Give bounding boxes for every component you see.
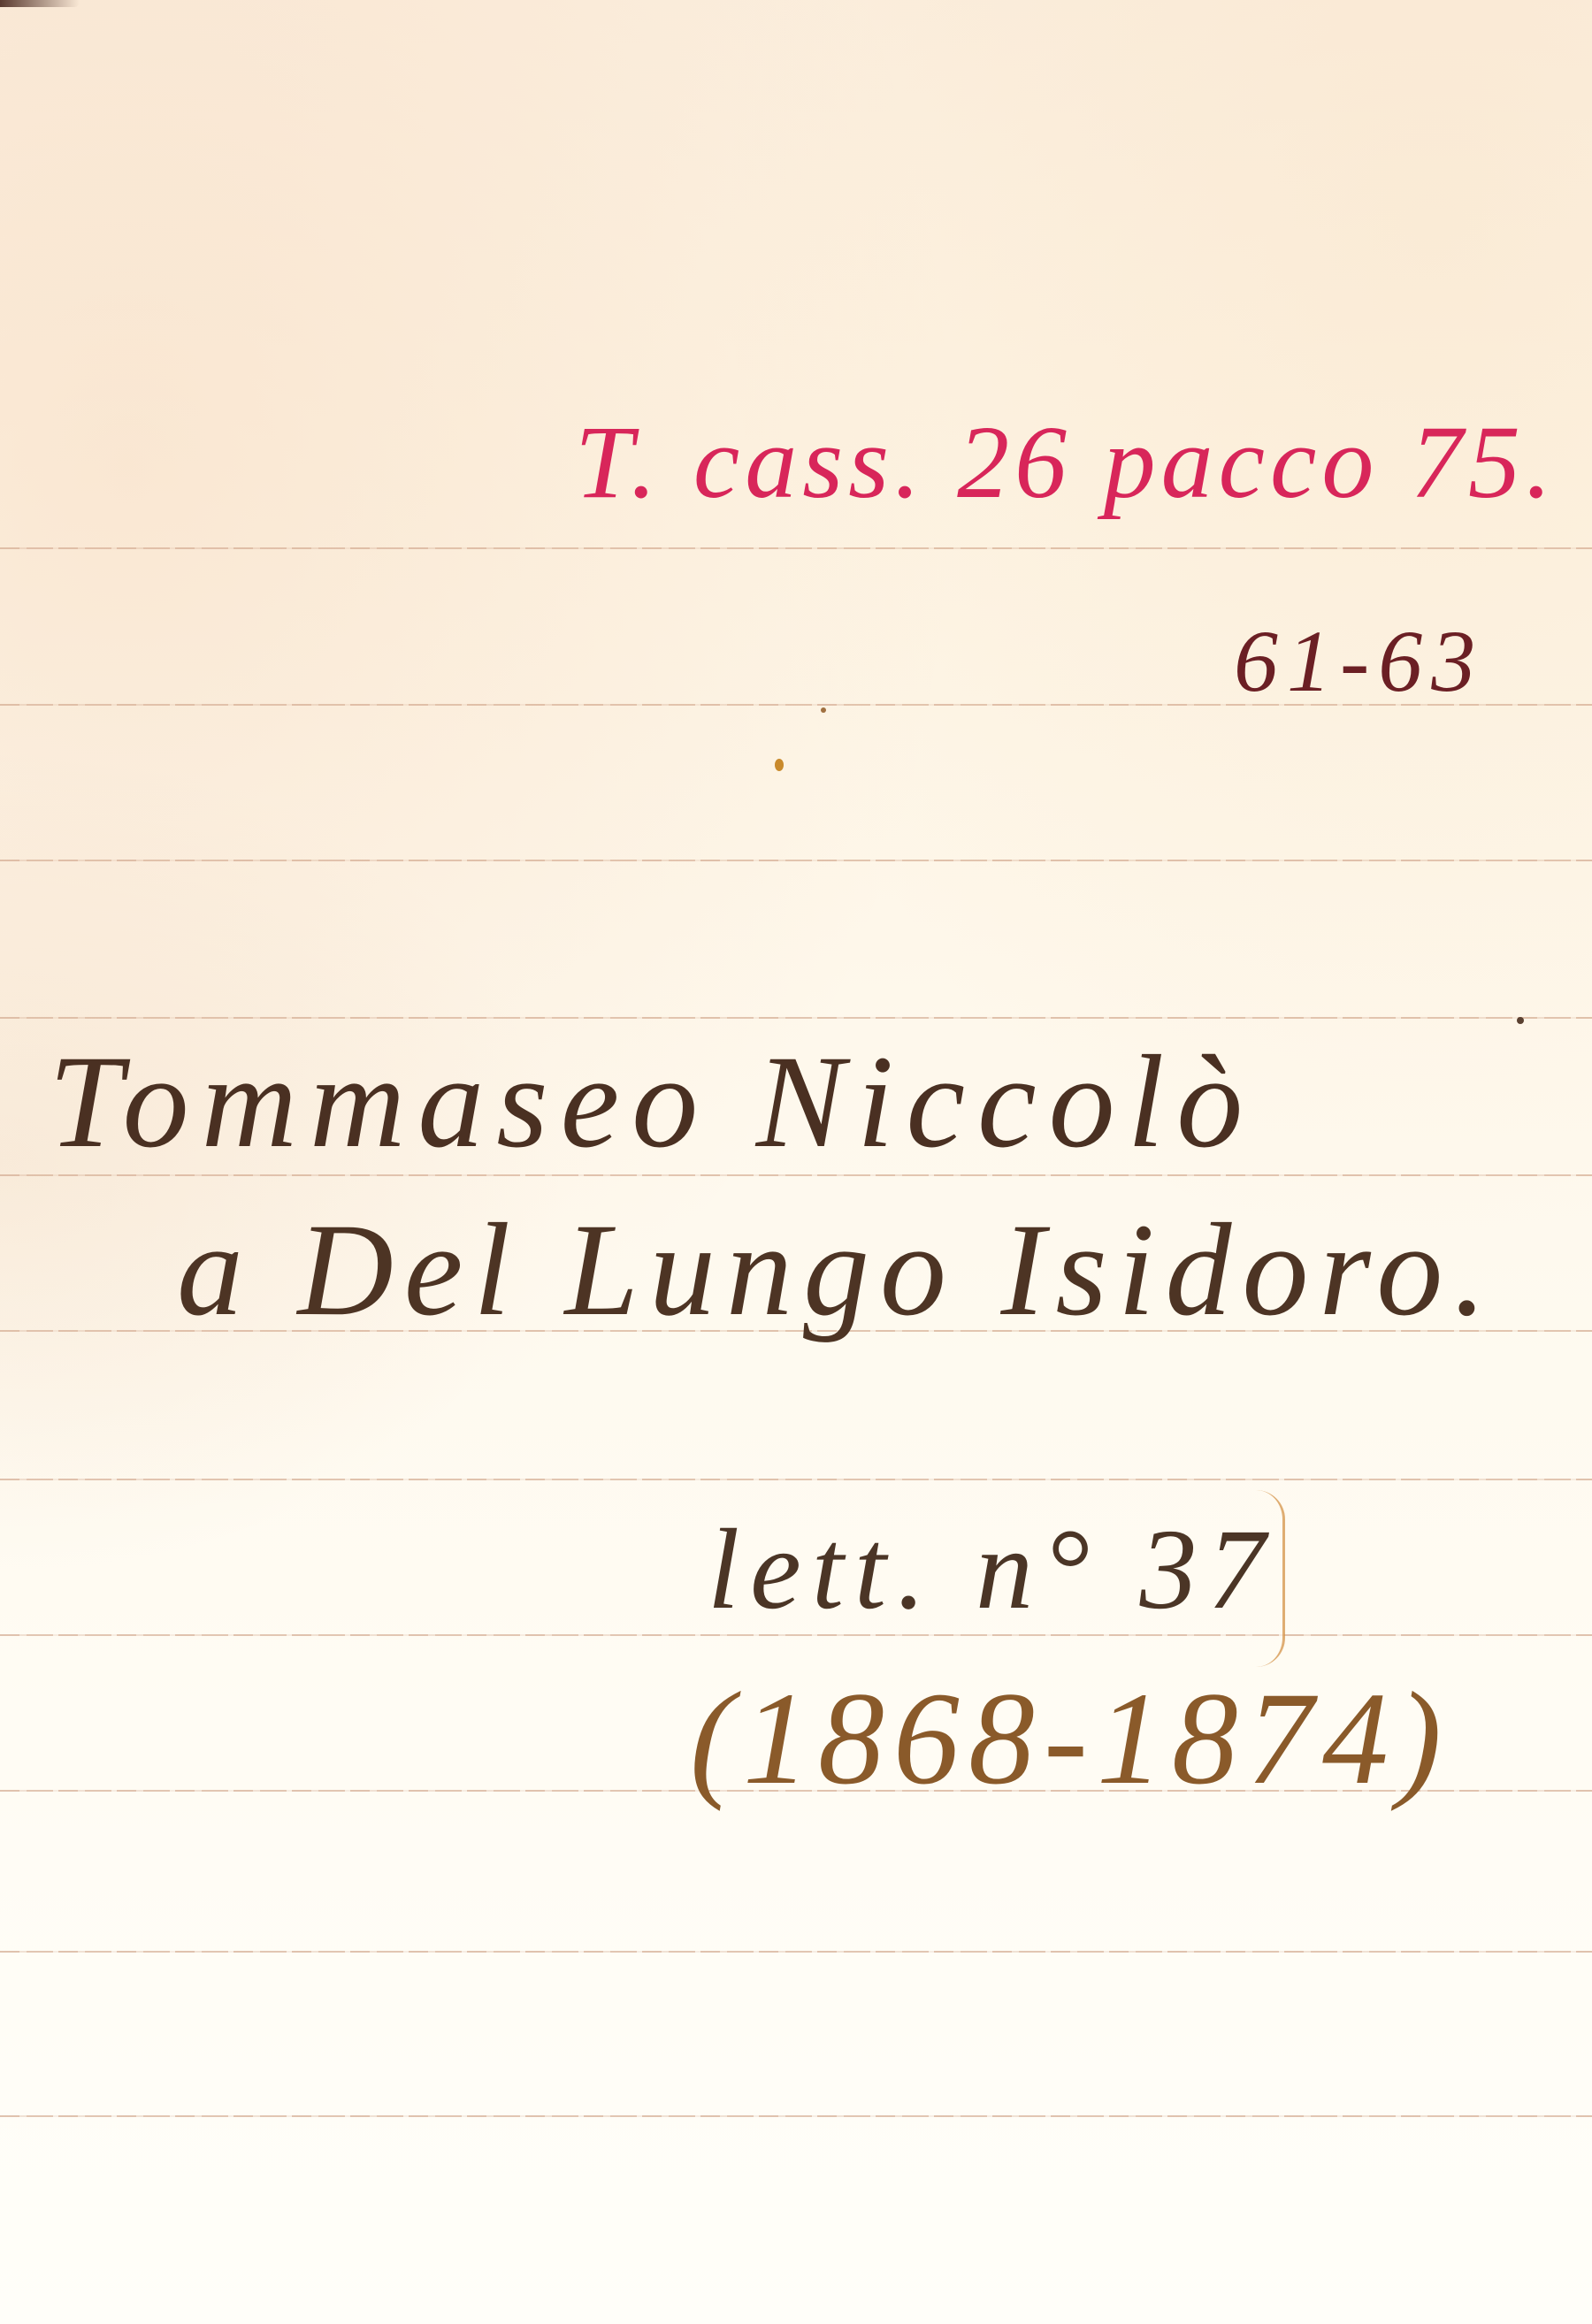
corner-stain	[0, 0, 80, 7]
pencil-correction-mark	[1256, 1490, 1285, 1667]
author-name: Tommaseo Niccolò	[49, 1026, 1255, 1178]
letter-count: lett. n° 37	[708, 1503, 1276, 1636]
ruled-line	[0, 1017, 1592, 1019]
ruled-line	[0, 1479, 1592, 1480]
ruled-line	[0, 860, 1592, 861]
ruled-line	[0, 2115, 1592, 2117]
ink-speck-orange	[775, 759, 784, 771]
shelfmark-red-ink: T. cass. 26 pacco 75.	[575, 402, 1557, 523]
page-range: 61-63	[1234, 610, 1484, 712]
ruled-line	[0, 547, 1592, 549]
date-range: (1868-1874)	[690, 1663, 1450, 1815]
ruled-line	[0, 1951, 1592, 1953]
ink-speck-right	[1517, 1017, 1524, 1024]
recipient-name: a Del Lungo Isidoro.	[177, 1194, 1497, 1346]
ink-speck	[821, 707, 826, 713]
